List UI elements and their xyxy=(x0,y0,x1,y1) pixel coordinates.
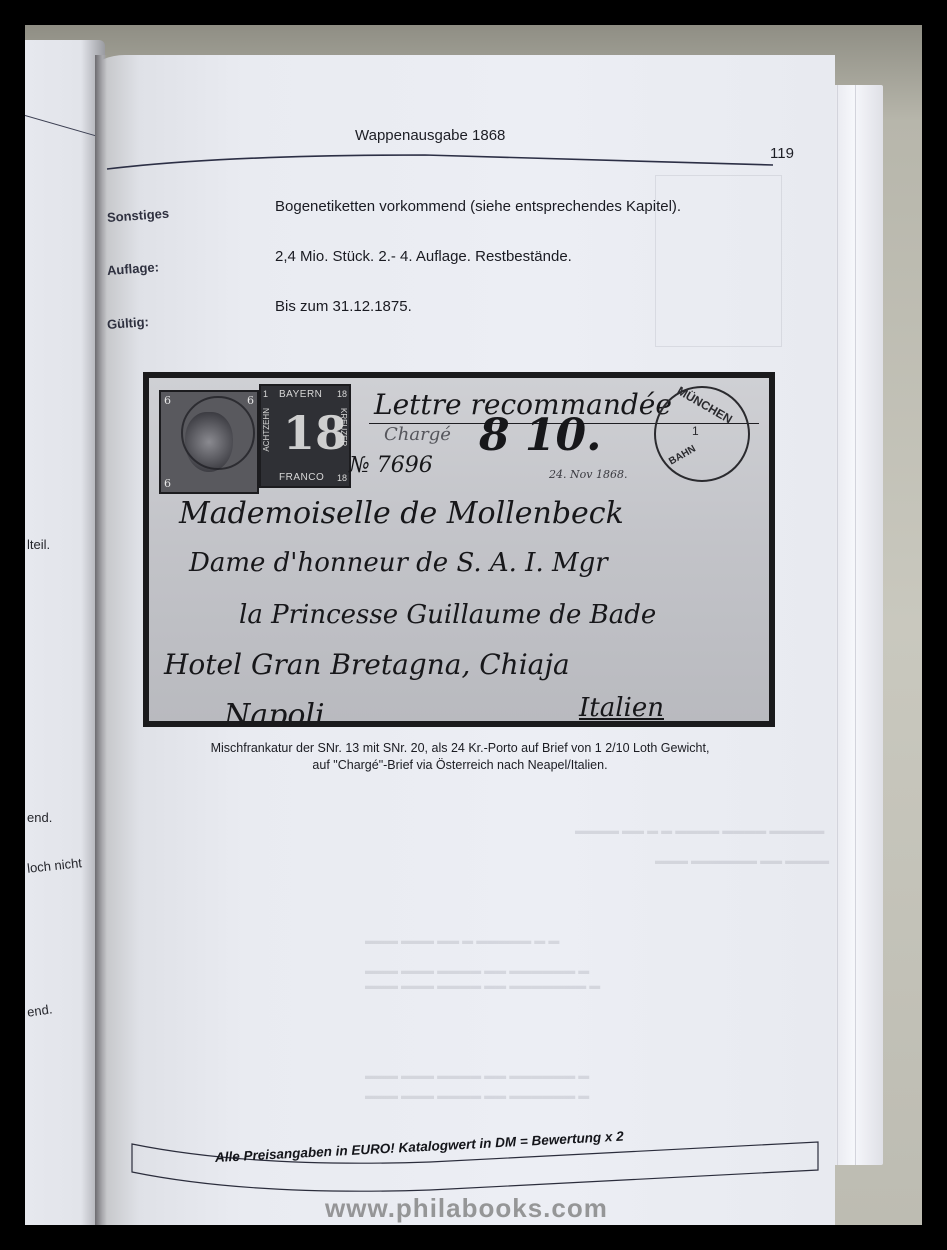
field-label-gueltig: Gültig: xyxy=(106,314,149,332)
right-page: ▬▬▬▬ ▬▬ ▬ ▬ ▬▬▬▬ ▬▬▬▬ ▬▬▬▬▬ ▬▬▬ ▬▬▬▬▬▬ ▬… xyxy=(95,55,835,1225)
handwritten-registration-number: № 7696 xyxy=(349,453,433,478)
stamp-numeral: 18 xyxy=(283,406,347,460)
field-label-sonstiges: Sonstiges xyxy=(106,206,169,225)
cancel-mark xyxy=(181,396,255,470)
left-page-fragment: lteil. xyxy=(27,537,50,552)
bleed-through-text: ▬▬▬ ▬▬▬▬▬▬ ▬▬ ▬▬▬▬ xyxy=(655,855,829,867)
header-rule xyxy=(105,147,775,171)
address-line-1: Mademoiselle de Mollenbeck xyxy=(179,496,624,531)
field-label-auflage: Auflage: xyxy=(106,259,159,278)
bleed-through-text: ▬▬▬ ▬▬▬ ▬▬▬▬ ▬▬ ▬▬▬▬▬▬ ▬ xyxy=(365,965,589,977)
field-value-gueltig: Bis zum 31.12.1875. xyxy=(275,298,412,315)
bleed-through-text: ▬▬▬▬ ▬▬ ▬ ▬ ▬▬▬▬ ▬▬▬▬ ▬▬▬▬▬ xyxy=(575,825,824,837)
caption-line-1: Mischfrankatur der SNr. 13 mit SNr. 20, … xyxy=(145,740,775,757)
watermark: www.philabooks.com xyxy=(325,1193,608,1224)
caption-line-2: auf "Chargé"-Brief via Österreich nach N… xyxy=(145,757,775,774)
stamp-18-kreuzer: BAYERN 1 18 ACHTZEHN 18 KREUZER FRANCO 1… xyxy=(259,384,351,488)
left-page-fragment: loch nicht xyxy=(26,855,82,876)
address-line-4: Hotel Gran Bretagna, Chiaja xyxy=(164,648,570,681)
munchen-postmark: MÜNCHEN 1 BAHN xyxy=(654,386,750,482)
stamp-6-kreuzer: 6 6 6 xyxy=(159,390,259,494)
left-page-fragment: end. xyxy=(27,810,52,825)
left-page: lteil. end. loch nicht end. xyxy=(25,40,105,1225)
bleed-through-text: ▬▬▬ ▬▬▬ ▬▬ ▬ ▬▬▬▬▬ ▬ ▬ xyxy=(365,935,559,947)
left-page-header-rule xyxy=(25,115,97,137)
price-notice-banner: Alle Preisangaben in EURO! Katalogwert i… xyxy=(130,1140,820,1176)
bleed-through-text: ▬▬▬ ▬▬▬ ▬▬▬▬ ▬▬ ▬▬▬▬▬▬ ▬ xyxy=(365,1090,589,1102)
bleed-through-text: ▬▬▬ ▬▬▬ ▬▬▬▬ ▬▬ ▬▬▬▬▬▬ ▬ xyxy=(365,1070,589,1082)
bleed-through-text: ▬▬▬ ▬▬▬ ▬▬▬▬ ▬▬ ▬▬▬▬▬▬▬ ▬ xyxy=(365,980,600,992)
address-line-2: Dame d'honneur de S. A. I. Mgr xyxy=(189,548,608,578)
cover-photo: 6 6 6 BAYERN 1 18 ACHTZEHN 18 KREUZER FR… xyxy=(143,372,775,727)
figure-caption: Mischfrankatur der SNr. 13 mit SNr. 20, … xyxy=(145,740,775,774)
field-value-auflage: 2,4 Mio. Stück. 2.- 4. Auflage. Restbest… xyxy=(275,248,572,265)
address-line-6: Italien xyxy=(579,693,664,721)
date-stamp: 24. Nov 1868. xyxy=(549,468,627,481)
left-page-fragment: end. xyxy=(26,1001,53,1019)
address-line-3: la Princesse Guillaume de Bade xyxy=(239,600,656,630)
book-photo: lteil. end. loch nicht end. ▬▬▬▬ ▬▬ ▬ ▬ … xyxy=(25,25,922,1225)
running-head: Wappenausgabe 1868 xyxy=(355,127,505,144)
cover-envelope: 6 6 6 BAYERN 1 18 ACHTZEHN 18 KREUZER FR… xyxy=(149,378,769,721)
handwritten-fee: 8 10. xyxy=(479,410,601,461)
handwritten-charge: Chargé xyxy=(384,424,451,445)
address-line-5: Napoli xyxy=(224,698,325,721)
book-gutter xyxy=(95,55,107,1225)
field-value-sonstiges: Bogenetiketten vorkommend (siehe entspre… xyxy=(275,198,681,215)
